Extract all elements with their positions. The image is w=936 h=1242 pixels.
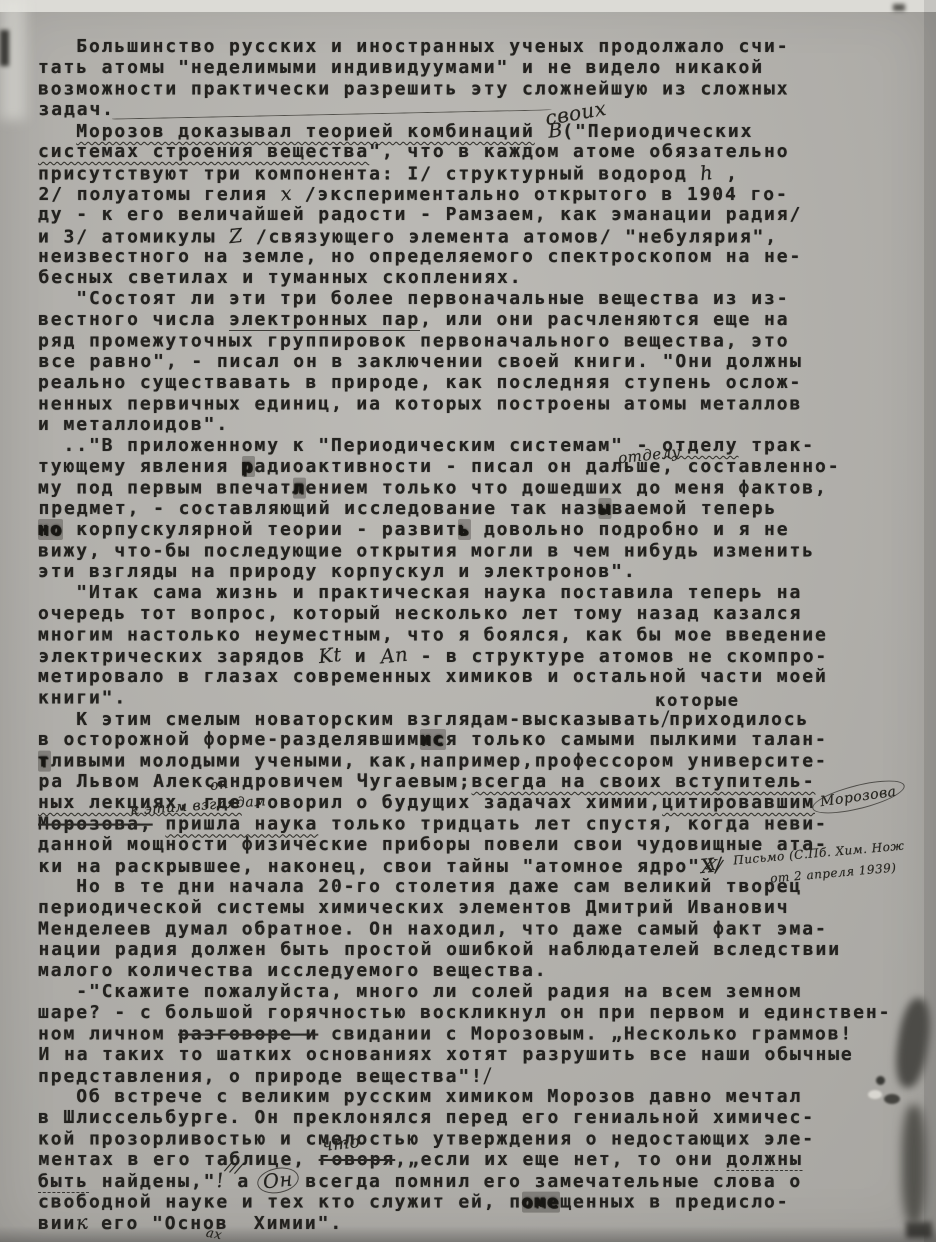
text-line: быть найдены,"! а Он всегда помнил его з… (38, 1170, 916, 1191)
text-segment: возможности практически разрешить эту сл… (38, 79, 789, 100)
text-segment: в осторожной форме-разделявшим (38, 729, 420, 750)
text-segment: предмет, - составляющий исследование так… (39, 498, 599, 519)
text-line: очередь тот вопрос, который несколько ле… (38, 603, 916, 624)
text-segment: в Шлиссельбурге. Он преклонялся перед ег… (38, 1107, 815, 1128)
text-segment: цитировавшим (662, 792, 815, 813)
text-segment: ваемой теперь (612, 498, 778, 519)
text-segment: ном личном (38, 1024, 178, 1045)
paragraph: Большинство русских и иностранных ученых… (38, 36, 916, 120)
text-line: ненных первичных единиц, иа которых пост… (38, 394, 916, 415)
text-segment: К этим смелым новаторским взглядам-выска… (38, 709, 662, 730)
handwritten-insert: An (379, 644, 409, 668)
typed-over-text: т (38, 751, 51, 772)
text-segment: щенных в предисло- (560, 1192, 789, 1213)
typed-over-text: ь (458, 519, 471, 540)
typed-text-block: Большинство русских и иностранных ученых… (38, 36, 916, 1233)
text-segment: ением только что дошедших до меня фактов… (306, 478, 828, 499)
text-line: Менделеев думал обратное. Он находил, чт… (38, 919, 916, 940)
text-segment: присутствуют три компонента: I/ структур… (38, 164, 700, 185)
handwritten-annotation: Х/ (705, 855, 724, 875)
paragraph: .."В приложенному к "Периодическим систе… (38, 435, 916, 582)
text-segment: тующему явления (38, 456, 242, 477)
text-line: виик его "Основ Химии". (38, 1212, 916, 1233)
text-segment: ("Периодических (562, 121, 753, 142)
text-segment: свидании с Морозовым. „Несколько граммов… (318, 1024, 853, 1045)
text-segment: и металлоидов". (38, 414, 229, 435)
text-segment: пришла наука (165, 814, 318, 835)
typed-over-text: оме (522, 1192, 560, 1213)
text-segment: ", что в каждом атоме обязательно (369, 141, 789, 162)
text-segment: многим настолько неуместным, что я боялс… (38, 625, 828, 646)
text-segment: бесных светилах и туманных скоплениях. (39, 267, 523, 288)
text-segment: всегда на своих вступитель- (472, 771, 816, 792)
paragraph: Но в те дни начала 20-го столетия даже с… (38, 876, 916, 981)
text-segment: И на таких то шатких основаниях хотят ра… (39, 1044, 854, 1065)
handwritten-insert: x (279, 182, 293, 204)
text-segment: Он (262, 1169, 294, 1193)
text-segment: и (342, 646, 380, 667)
text-segment: , (713, 164, 738, 185)
typed-over-text: р (242, 456, 255, 477)
handwritten-annotation: он (209, 776, 230, 794)
text-line: электрических зарядов Kt и An - в структ… (39, 645, 917, 666)
paragraph: Морозов доказывал теорией комбинаций В("… (38, 120, 916, 288)
text-line: вижу, что-бы последующие открытия могли … (38, 541, 916, 562)
text-line: К этим смелым новаторским взглядам-выска… (38, 708, 916, 729)
text-line: метировало в глазах современных химиков … (38, 666, 916, 687)
text-segment: корпускулярной теории - развит (63, 519, 458, 540)
text-line: нации радия должен быть простой ошибкой … (39, 939, 917, 960)
text-line: в Шлиссельбурге. Он преклонялся перед ег… (38, 1107, 916, 1128)
scan-artifact (0, 30, 9, 66)
scan-artifact (0, 0, 936, 12)
text-segment: ду - к его величайшей радости - Рамзаем,… (38, 204, 802, 225)
text-segment: Но в те дни начала 20-го столетия даже с… (38, 876, 802, 897)
text-line: Об встрече с великим русским химиком Мор… (38, 1086, 916, 1107)
text-line: .."В приложенному к "Периодическим систе… (38, 435, 916, 456)
text-line: Большинство русских и иностранных ученых… (38, 36, 916, 57)
text-line: -"Скажите пожалуйста, много ли солей рад… (38, 981, 916, 1002)
text-segment: ливыми молодыми учеными, как,например,пр… (51, 751, 828, 772)
text-line: ра Львом Александровичем Чугаевым;всегда… (39, 771, 917, 792)
text-line: представления, о природе вещества"!/ (38, 1065, 916, 1086)
scan-artifact (893, 4, 905, 11)
text-segment: электронных пар (229, 309, 420, 331)
text-segment: Об встрече с великим русским химиком Мор… (38, 1086, 802, 1107)
text-segment: реально существавать в природе, как посл… (38, 372, 802, 393)
text-segment: должны (726, 1149, 802, 1171)
text-line: ряд промежуточных группировок первоначал… (38, 331, 916, 352)
text-segment: /экспериментально открытого в 1904 го- (292, 184, 789, 205)
text-segment: ки на раскрывшее, наконец, свои тайны "а… (39, 856, 701, 877)
text-segment: свободной науке и тех кто служит ей, п (38, 1192, 522, 1213)
text-line: и 3/ атомикулы Z /связующего элемента ат… (38, 226, 916, 247)
text-segment: всегда помнил его замечательные слова о (293, 1171, 802, 1192)
paragraph: "Итак сама жизнь и практическая наука по… (38, 582, 916, 708)
text-line: ментах в его таблице, говоря,„если их ещ… (39, 1149, 917, 1170)
text-line: свободной науке и тех кто служит ей, пом… (38, 1192, 916, 1213)
text-line: И на таких то шатких основаниях хотят ра… (39, 1044, 917, 1065)
paragraph: -"Скажите пожалуйста, много ли солей рад… (38, 981, 916, 1086)
text-line: Морозов доказывал теорией комбинаций В("… (38, 120, 916, 141)
text-line: и металлоидов". (38, 414, 916, 435)
handwritten-annotation: что (321, 1132, 361, 1156)
text-segment: задач. (39, 99, 115, 120)
text-segment: эти взгляды на природу корпускул и элект… (38, 561, 637, 582)
text-line: предмет, - составляющий исследование так… (39, 498, 917, 519)
text-line: шаре? - с большой горячностью воскликнул… (38, 1002, 916, 1023)
text-line: в осторожной форме-разделявшимися только… (38, 729, 916, 750)
text-line: "Состоят ли эти три более первоначальные… (38, 288, 916, 309)
text-segment: ненных первичных единиц, иа которых пост… (38, 394, 802, 415)
handwritten-annotation: /// (224, 1158, 243, 1177)
handwritten-insert: к (75, 1211, 89, 1233)
typed-over-text: но (38, 519, 63, 540)
text-line: ном личном разговоре и свидании с Морозо… (38, 1024, 916, 1045)
paragraph: Об встрече с великим русским химиком Мор… (38, 1086, 916, 1233)
text-segment: Менделеев думал обратное. Он находил, чт… (38, 919, 828, 940)
text-segment: найдены," (89, 1171, 216, 1192)
text-segment: малого количества исследуемого вещества. (38, 960, 547, 981)
text-segment: только тридцать лет спустя, когда неви- (318, 814, 827, 835)
handwritten-insert: / (483, 1065, 492, 1087)
text-segment: метировало в глазах современных химиков … (38, 666, 828, 687)
text-segment: быть (38, 1171, 89, 1193)
text-segment: , или они расчленяются еще на (420, 309, 789, 330)
text-line: возможности практически разрешить эту сл… (38, 79, 916, 100)
text-segment: .."В приложенному к "Периодическим систе… (38, 435, 662, 456)
text-line: тливыми молодыми учеными, как,например,п… (38, 751, 916, 772)
text-segment: "Итак сама жизнь и практическая наука по… (38, 582, 802, 603)
text-line: книги". (38, 688, 916, 709)
text-segment: /связующего элемента атомов/ "небулярия"… (243, 227, 778, 248)
typed-over-text: ы (599, 498, 612, 519)
text-segment: нации радия должен быть простой ошибкой … (39, 939, 841, 960)
text-segment: тать атомы "неделимыми индивидуумами" и … (38, 57, 764, 78)
text-segment: ,„если их еще нет, то они (395, 1149, 726, 1170)
text-segment: системах строения вещества (38, 141, 369, 162)
scan-artifact (924, 0, 936, 1242)
text-line: кой прозорливостью и смелостью утвержден… (38, 1129, 916, 1150)
text-segment: вии (38, 1213, 76, 1234)
text-line: присутствуют три компонента: I/ структур… (38, 163, 916, 184)
text-line: ду - к его величайшей радости - Рамзаем,… (38, 204, 916, 225)
text-segment: трак- (739, 435, 815, 456)
text-segment: адиоактивности - писал он дальше, состав… (255, 456, 841, 477)
text-line: периодической системы химических элемент… (38, 897, 916, 918)
text-segment: довольно подробно и я не (471, 519, 789, 540)
text-segment: данной мощности физические приборы повел… (38, 834, 828, 855)
text-line: вестного числа электронных пар, или они … (38, 309, 916, 330)
typed-over-text: ис (420, 729, 445, 750)
text-segment: -"Скажите пожалуйста, много ли солей рад… (38, 981, 802, 1002)
typed-over-text: л (293, 478, 306, 499)
text-segment: "Состоят ли эти три более первоначальные… (38, 288, 789, 309)
text-line: но корпускулярной теории - развить довол… (38, 519, 916, 540)
text-segment: и 3/ атомикулы (38, 227, 229, 248)
text-segment: вестного числа (38, 309, 229, 330)
handwritten-annotation: ах (205, 1226, 223, 1242)
text-line: бесных светилах и туманных скоплениях. (39, 267, 917, 288)
text-line: задач. (39, 99, 917, 120)
text-segment: кой прозорливостью и смелостью утвержден… (38, 1129, 815, 1150)
text-line: "Итак сама жизнь и практическая наука по… (38, 582, 916, 603)
text-segment: ряд промежуточных группировок первоначал… (38, 331, 789, 352)
scan-artifact (0, 0, 26, 120)
text-line: эти взгляды на природу корпускул и элект… (38, 561, 916, 582)
text-line: тать атомы "неделимыми индивидуумами" и … (38, 57, 916, 78)
text-segment: приходилось (669, 709, 809, 730)
text-line: 2/ полуатомы гелия x /экспериментально о… (39, 183, 917, 204)
text-segment: - в структуре атомов не скомпро- (408, 646, 828, 667)
text-segment: все равно", - писал он в заключении свое… (39, 351, 803, 372)
text-line: многим настолько неуместным, что я боялс… (38, 625, 916, 646)
text-line: неизвестного на земле, но определяемого … (38, 246, 916, 267)
text-segment: шаре? - с большой горячностью воскликнул… (38, 1002, 891, 1023)
text-segment: я только самыми пылкими талан- (446, 729, 828, 750)
text-segment: ра Львом Александровичем Чугаевым; (39, 771, 472, 792)
paragraph: "Состоят ли эти три более первоначальные… (38, 288, 916, 435)
handwritten-insert: h (699, 162, 714, 184)
text-line: системах строения вещества", что в каждо… (38, 141, 916, 162)
text-segment: периодической системы химических элемент… (38, 897, 789, 918)
text-segment: Химии". (228, 1213, 343, 1234)
text-line: Морозова, пришла наука только тридцать л… (38, 814, 916, 835)
text-segment: представления, о природе вещества"! (38, 1066, 484, 1087)
text-segment: неизвестного на земле, но определяемого … (38, 246, 802, 267)
text-segment: Морозов доказывал теорией комбинаций (76, 121, 535, 142)
handwritten-insert: Z (228, 225, 244, 247)
text-line: все равно", - писал он в заключении свое… (39, 351, 917, 372)
text-line: му под первым впечатлением только что до… (38, 478, 916, 499)
text-line: малого количества исследуемого вещества. (38, 960, 916, 981)
struck-text: разговоре и (178, 1024, 318, 1045)
document-page: Большинство русских и иностранных ученых… (0, 0, 936, 1242)
text-segment: электрических зарядов (39, 646, 319, 667)
text-segment: Большинство русских и иностранных ученых… (38, 36, 789, 57)
text-segment: вижу, что-бы последующие открытия могли … (38, 541, 815, 562)
typed-insertion: которые (655, 691, 740, 711)
text-segment (38, 121, 76, 142)
text-segment: 2/ полуатомы гелия (39, 184, 281, 205)
handwritten-insert: Kt (318, 644, 343, 667)
text-segment: очередь тот вопрос, который несколько ле… (38, 603, 802, 624)
text-line: реально существавать в природе, как посл… (38, 372, 916, 393)
text-segment: говорил о будущих задачах химии, (242, 792, 662, 813)
text-line: тующему явления радиоактивности - писал … (38, 456, 916, 477)
text-segment: книги". (38, 688, 127, 709)
text-segment: му под первым впечат (38, 478, 293, 499)
